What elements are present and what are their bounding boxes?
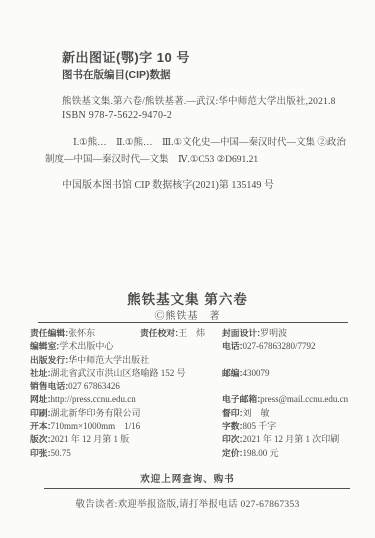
colophon-row: 印刷:湖北新华印务有限公司 督印:刘 敏 bbox=[30, 407, 352, 420]
colophon-row: 编辑室:学术出版中心 电话:027-67863280/7792 bbox=[30, 340, 352, 353]
field-website: 网址:http://press.ccnu.edu.cn bbox=[30, 393, 222, 406]
colophon-row: 出版发行:华中师范大学出版社 bbox=[30, 354, 352, 367]
colophon-row: 版次:2021 年 12 月第 1 版 印次:2021 年 12 月第 1 次印… bbox=[30, 433, 352, 446]
divider-rule-top bbox=[38, 322, 348, 323]
field-value: 2021 年 12 月第 1 版 bbox=[51, 434, 130, 444]
field-editor: 责任编辑:张怀东 bbox=[30, 327, 140, 340]
cip-classification: Ⅰ.①熊… Ⅱ.①熊… Ⅲ.①文化史—中国—秦汉时代—文集 ②政治制度—中国—秦… bbox=[45, 135, 347, 168]
field-label: 电子邮箱: bbox=[222, 394, 260, 404]
field-label: 督印: bbox=[222, 408, 243, 418]
field-label: 印刷: bbox=[30, 408, 51, 418]
field-value: 王 炜 bbox=[178, 328, 205, 338]
field-sales-phone: 销售电话:027 67863426 bbox=[30, 380, 222, 393]
isbn-number: ISBN 978-7-5622-9470-2 bbox=[62, 110, 172, 121]
copyright-page: 新出图证(鄂)字 10 号 图书在版编目(CIP)数据 熊铁基文集.第六卷/熊铁… bbox=[0, 0, 375, 538]
field-value: 罗明波 bbox=[260, 328, 287, 338]
field-print-supervisor: 督印:刘 敏 bbox=[222, 407, 352, 420]
colophon-row: 网址:http://press.ccnu.edu.cn 电子邮箱:press@m… bbox=[30, 393, 352, 406]
field-impression: 印次:2021 年 12 月第 1 次印刷 bbox=[222, 433, 352, 446]
divider-rule-bottom bbox=[44, 488, 350, 489]
field-label: 开本: bbox=[30, 421, 51, 431]
online-purchase-notice: 欢迎上网查询、购书 bbox=[0, 471, 375, 485]
field-value: 198.00 元 bbox=[243, 448, 279, 458]
field-proofreader: 责任校对:王 炜 bbox=[140, 327, 222, 340]
field-phone: 电话:027-67863280/7792 bbox=[222, 340, 352, 353]
field-label: 封面设计: bbox=[222, 328, 260, 338]
field-address: 社址:湖北省武汉市洪山区珞喻路 152 号 bbox=[30, 367, 222, 380]
field-label: 社址: bbox=[30, 368, 51, 378]
field-edition: 版次:2021 年 12 月第 1 版 bbox=[30, 433, 222, 446]
cip-record-number: 中国版本图书馆 CIP 数据核字(2021)第 135149 号 bbox=[62, 176, 274, 191]
field-value: 50.75 bbox=[51, 448, 71, 458]
field-editorial-office: 编辑室:学术出版中心 bbox=[30, 340, 222, 353]
field-label: 责任校对: bbox=[140, 328, 178, 338]
colophon-row: 责任编辑:张怀东 责任校对:王 炜 封面设计:罗明波 bbox=[30, 327, 352, 340]
field-value: 027 67863426 bbox=[68, 381, 120, 391]
field-publisher: 出版发行:华中师范大学出版社 bbox=[30, 354, 222, 367]
field-label: 邮编: bbox=[222, 368, 243, 378]
field-value: http://press.ccnu.edu.cn bbox=[51, 394, 136, 404]
field-value: 学术出版中心 bbox=[59, 341, 113, 351]
colophon-row: 印张:50.75 定价:198.00 元 bbox=[30, 447, 352, 460]
anti-piracy-warning: 敬告读者:欢迎举报盗版,请打举报电话 027-67867353 bbox=[0, 496, 375, 510]
field-value: 华中师范大学出版社 bbox=[68, 355, 149, 365]
field-value: 027-67863280/7792 bbox=[243, 341, 316, 351]
field-postcode: 邮编:430079 bbox=[222, 367, 352, 380]
colophon-row: 开本:710mm×1000mm 1/16 字数:805 千字 bbox=[30, 420, 352, 433]
field-price: 定价:198.00 元 bbox=[222, 447, 352, 460]
field-value: 湖北新华印务有限公司 bbox=[51, 408, 141, 418]
field-label: 定价: bbox=[222, 448, 243, 458]
cip-catalog-entry: 熊铁基文集.第六卷/熊铁基著.—武汉:华中师范大学出版社,2021.8 bbox=[62, 93, 336, 107]
copyright-author-line: Ⓒ熊铁基 著 bbox=[0, 307, 375, 322]
field-value: press@mail.ccnu.edu.cn bbox=[260, 394, 348, 404]
field-label: 电话: bbox=[222, 341, 243, 351]
field-label: 责任编辑: bbox=[30, 328, 68, 338]
field-sheets: 印张:50.75 bbox=[30, 447, 222, 460]
field-empty bbox=[222, 354, 352, 367]
field-value: 张怀东 bbox=[68, 328, 95, 338]
field-label: 字数: bbox=[222, 421, 243, 431]
field-empty bbox=[222, 380, 352, 393]
field-value: 2021 年 12 月第 1 次印刷 bbox=[243, 434, 340, 444]
publishing-permit-number: 新出图证(鄂)字 10 号 bbox=[62, 47, 190, 66]
field-value: 湖北省武汉市洪山区珞喻路 152 号 bbox=[51, 368, 186, 378]
field-label: 版次: bbox=[30, 434, 51, 444]
field-value: 805 千字 bbox=[243, 421, 277, 431]
field-value: 430079 bbox=[243, 368, 270, 378]
field-word-count: 字数:805 千字 bbox=[222, 420, 352, 433]
colophon-row: 社址:湖北省武汉市洪山区珞喻路 152 号 邮编:430079 bbox=[30, 367, 352, 380]
field-printer: 印刷:湖北新华印务有限公司 bbox=[30, 407, 222, 420]
book-title: 熊铁基文集 第六卷 bbox=[0, 288, 375, 308]
field-label: 网址: bbox=[30, 394, 51, 404]
cip-heading: 图书在版编目(CIP)数据 bbox=[62, 67, 171, 82]
colophon-table: 责任编辑:张怀东 责任校对:王 炜 封面设计:罗明波 编辑室:学术出版中心 电话… bbox=[30, 327, 352, 460]
field-cover-designer: 封面设计:罗明波 bbox=[222, 327, 352, 340]
field-email: 电子邮箱:press@mail.ccnu.edu.cn bbox=[222, 393, 352, 406]
field-format: 开本:710mm×1000mm 1/16 bbox=[30, 420, 222, 433]
field-label: 印次: bbox=[222, 434, 243, 444]
field-label: 出版发行: bbox=[30, 355, 68, 365]
field-label: 编辑室: bbox=[30, 341, 59, 351]
field-value: 710mm×1000mm 1/16 bbox=[51, 421, 141, 431]
field-label: 销售电话: bbox=[30, 381, 68, 391]
colophon-row: 销售电话:027 67863426 bbox=[30, 380, 352, 393]
field-value: 刘 敏 bbox=[243, 408, 270, 418]
field-label: 印张: bbox=[30, 448, 51, 458]
